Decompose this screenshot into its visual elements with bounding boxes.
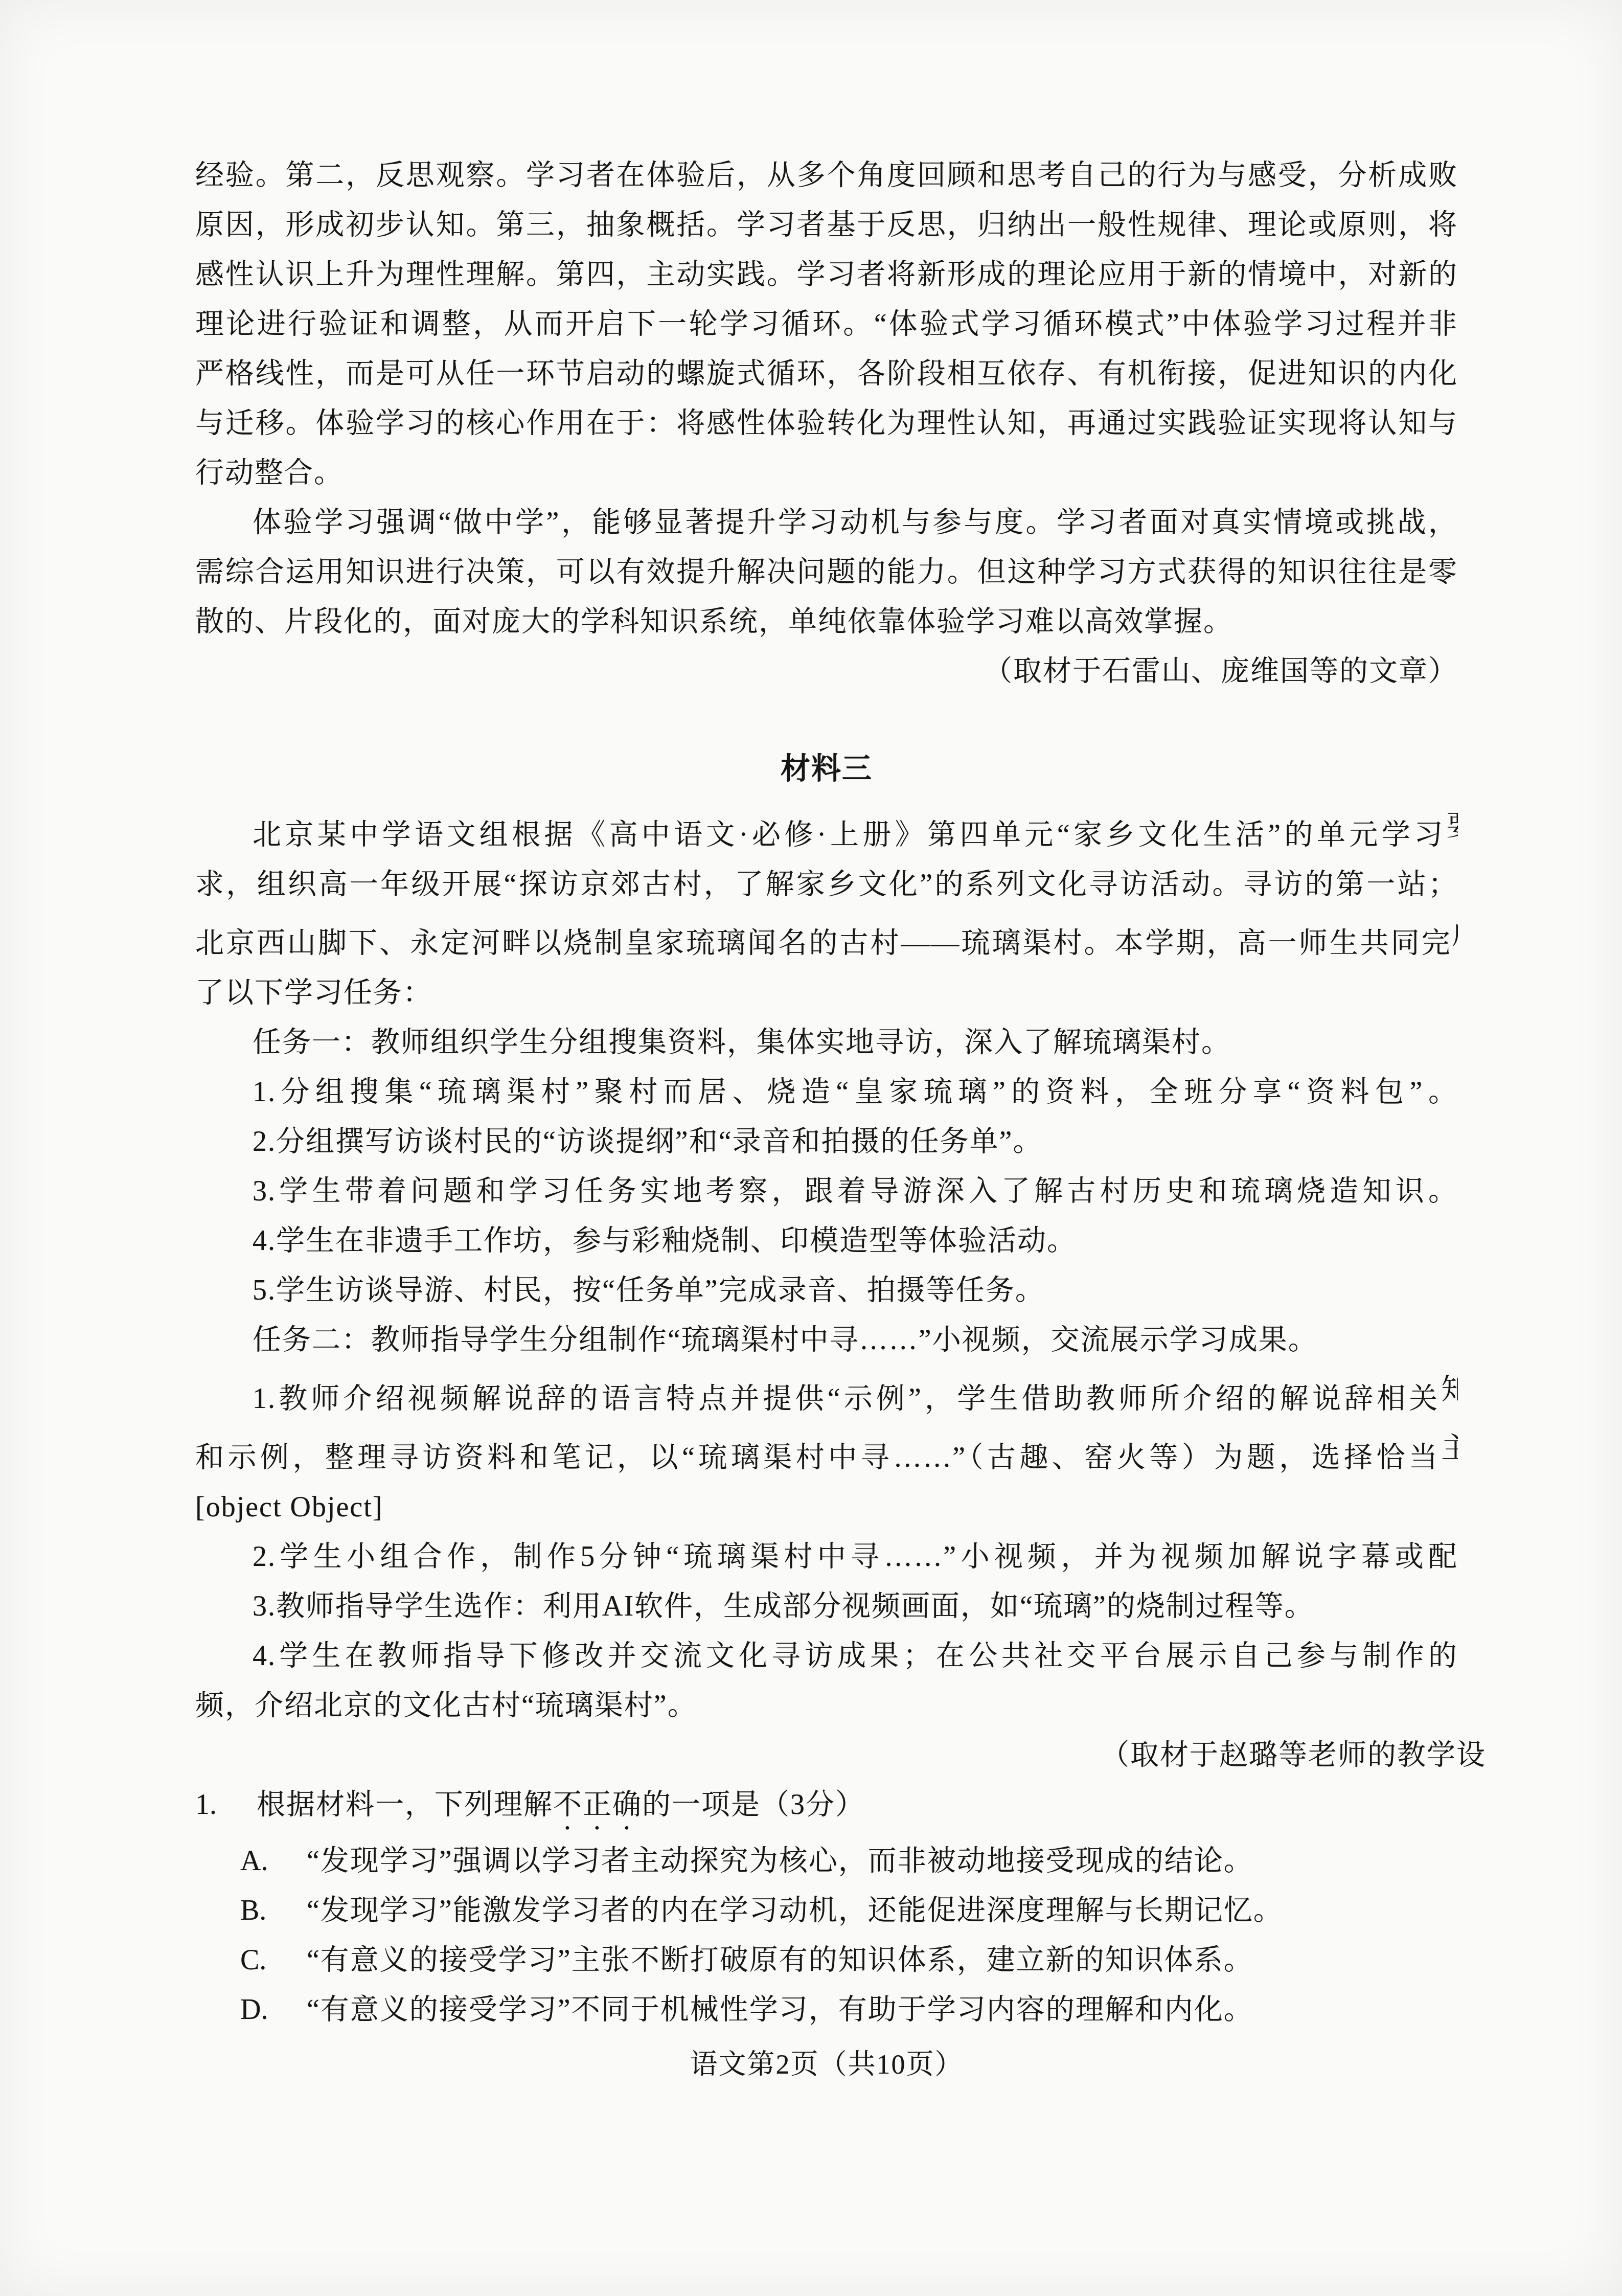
text-line: 体验学习强调“做中学”，能够显著提升学习动机与参与度。学习者面对真实情境或挑战， xyxy=(195,498,1458,548)
option-label: D. xyxy=(240,1985,307,2035)
option-b: B.“发现学习”能激发学习者的内在学习动机，还能促进深度理解与长期记忆。 xyxy=(195,1886,1458,1936)
task2-item: 1.教师介绍视频解说辞的语言特点并提供“示例”，学生借助教师所介绍的解说辞相关知 xyxy=(195,1365,1458,1424)
material3-heading: 材料三 xyxy=(195,744,1458,793)
text-line: 求，组织高一年级开展“探访京郊古村，了解家乡文化”的系列文化寻访活动。寻访的第一… xyxy=(195,860,1458,910)
task2-header: 任务二：教师指导学生分组制作“琉璃渠村中寻……”小视频，交流展示学习成果。 xyxy=(195,1315,1458,1365)
option-a: A.“发现学习”强调以学习者主动探究为核心，而非被动地接受现成的结论。 xyxy=(195,1836,1458,1886)
clipped-char: 主 xyxy=(1442,1424,1458,1473)
option-d: D.“有意义的接受学习”不同于机械性学习，有助于学习内容的理解和内化。 xyxy=(195,1985,1458,2035)
option-label: C. xyxy=(240,1936,307,1985)
task1-item: 5.学生访谈导游、村民，按“任务单”完成录音、拍摄等任务。 xyxy=(195,1266,1458,1315)
text-line: 北京西山脚下、永定河畔以烧制皇家琉璃闻名的古村——琉璃渠村。本学期，高一师生共同… xyxy=(195,910,1458,968)
page-footer: 语文第2页（共10页） xyxy=(195,2040,1458,2089)
source-credit: （取材于赵璐等老师的教学设 xyxy=(195,1731,1486,1780)
option-label: B. xyxy=(240,1886,307,1936)
text-line: 感性认识上升为理性理解。第四，主动实践。学习者将新形成的理论应用于新的情境中，对… xyxy=(195,250,1458,300)
text-line: 经验。第二，反思观察。学习者在体验后，从多个角度回顾和思考自己的行为与感受，分析… xyxy=(195,151,1458,200)
text-line: 严格线性，而是可从任一环节启动的螺旋式循环，各阶段相互依存、有机衔接，促进知识的… xyxy=(195,349,1458,399)
task1-item: 4.学生在非遗手工作坊，参与彩釉烧制、印模造型等体验活动。 xyxy=(195,1216,1458,1266)
task2-item: 频，介绍北京的文化古村“琉璃渠村”。 xyxy=(195,1681,1458,1731)
material2-excerpt: 经验。第二，反思观察。学习者在体验后，从多个角度回顾和思考自己的行为与感受，分析… xyxy=(195,151,1458,696)
option-c: C.“有意义的接受学习”主张不断打破原有的知识体系，建立新的知识体系。 xyxy=(195,1936,1458,1985)
text-line: 与迁移。体验学习的核心作用在于：将感性体验转化为理性认知，再通过实践验证实现将认… xyxy=(195,399,1458,448)
task2-item: 3.教师指导学生选作：利用AI软件，生成部分视频画面，如“琉璃”的烧制过程等。 xyxy=(195,1582,1458,1631)
page-content: 经验。第二，反思观察。学习者在体验后，从多个角度回顾和思考自己的行为与感受，分析… xyxy=(195,151,1458,2089)
source-credit: （取材于石雷山、庞维国等的文章） xyxy=(195,647,1458,696)
task2-item: 2.学生小组合作，制作5分钟“琉璃渠村中寻……”小视频，并为视频加解说字幕或配 xyxy=(195,1532,1458,1582)
task1-item: 1.分组搜集“琉璃渠村”聚村而居、烧造“皇家琉璃”的资料，全班分享“资料包”。 xyxy=(195,1067,1458,1117)
text-line: 散的、片段化的，面对庞大的学科知识系统，单纯依靠体验学习难以高效掌握。 xyxy=(195,597,1458,647)
text-line: 行动整合。 xyxy=(195,448,1458,498)
task1-item: 2.分组撰写访谈村民的“访谈提纲”和“录音和拍摄的任务单”。 xyxy=(195,1117,1458,1167)
question-stem: 1.根据材料一，下列理解不正确的一项是（3分） xyxy=(195,1780,1458,1836)
clipped-char: 知 xyxy=(1442,1365,1458,1415)
option-label: A. xyxy=(240,1836,307,1886)
task1-header: 任务一：教师组织学生分组搜集资料，集体实地寻访，深入了解琉璃渠村。 xyxy=(195,1018,1458,1067)
task1-item: 3.学生带着问题和学习任务实地考察，跟着导游深入了解古村历史和琉璃烧造知识。 xyxy=(195,1167,1458,1216)
clipped-char: 要 xyxy=(1447,801,1458,851)
exam-page-scan: 经验。第二，反思观察。学习者在体验后，从多个角度回顾和思考自己的行为与感受，分析… xyxy=(0,0,1622,2296)
task2-item: 4.学生在教师指导下修改并交流文化寻访成果；在公共社交平台展示自己参与制作的 xyxy=(195,1631,1458,1681)
text-line: 原因，形成初步认知。第三，抽象概括。学习者基于反思，归纳出一般性规律、理论或原则… xyxy=(195,200,1458,250)
material3-body: 北京某中学语文组根据《高中语文·必修·上册》第四单元“家乡文化生活”的单元学习要… xyxy=(195,801,1458,1780)
text-line: 理论进行验证和调整，从而开启下一轮学习循环。“体验式学习循环模式”中体验学习过程… xyxy=(195,300,1458,349)
emphasized-text: 不正确 xyxy=(553,1789,642,1821)
text-line: 需综合运用知识进行决策，可以有效提升解决问题的能力。但这种学习方式获得的知识往往… xyxy=(195,548,1458,597)
question-1: 1.根据材料一，下列理解不正确的一项是（3分） A.“发现学习”强调以学习者主动… xyxy=(195,1780,1458,2035)
text-line: 了以下学习任务： xyxy=(195,968,1458,1018)
text-line: 北京某中学语文组根据《高中语文·必修·上册》第四单元“家乡文化生活”的单元学习要 xyxy=(195,801,1458,860)
clipped-char: 成 xyxy=(1452,910,1458,959)
task2-item: 和示例，整理寻访资料和笔记，以“琉璃渠村中寻……”（古趣、窑火等）为题，选择恰当… xyxy=(195,1424,1458,1483)
task2-item: [object Object] xyxy=(195,1483,1458,1532)
question-number: 1. xyxy=(195,1780,257,1830)
